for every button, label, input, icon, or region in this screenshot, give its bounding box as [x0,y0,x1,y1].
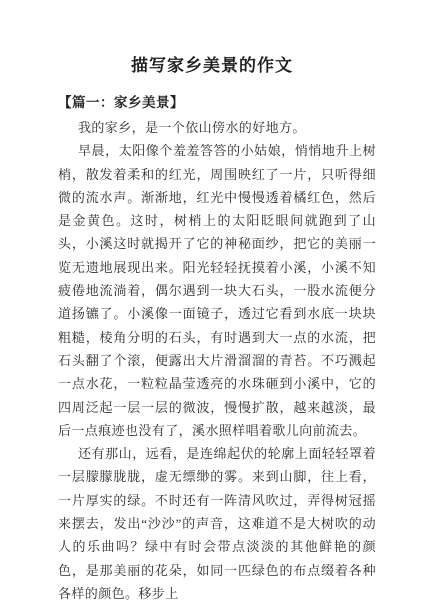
document-page: 描写家乡美景的作文 【篇一：家乡美景】 我的家乡，是一个依山傍水的好地方。 早晨… [0,0,424,600]
paragraph: 早晨，太阳像个羞羞答答的小姑娘，悄悄地升上树梢，散发着柔和的红光，周围映红了一片… [58,139,376,442]
paragraph: 我的家乡，是一个依山傍水的好地方。 [58,116,376,139]
document-title: 描写家乡美景的作文 [0,0,424,76]
paragraph: 还有那山，远看，是连绵起伏的轮廓上面轻轻罩着一层朦朦胧胧，虚无缥缈的雾。来到山脚… [58,442,376,600]
essay-body: 我的家乡，是一个依山傍水的好地方。 早晨，太阳像个羞羞答答的小姑娘，悄悄地升上树… [58,116,376,600]
section-header: 【篇一：家乡美景】 [58,91,424,111]
